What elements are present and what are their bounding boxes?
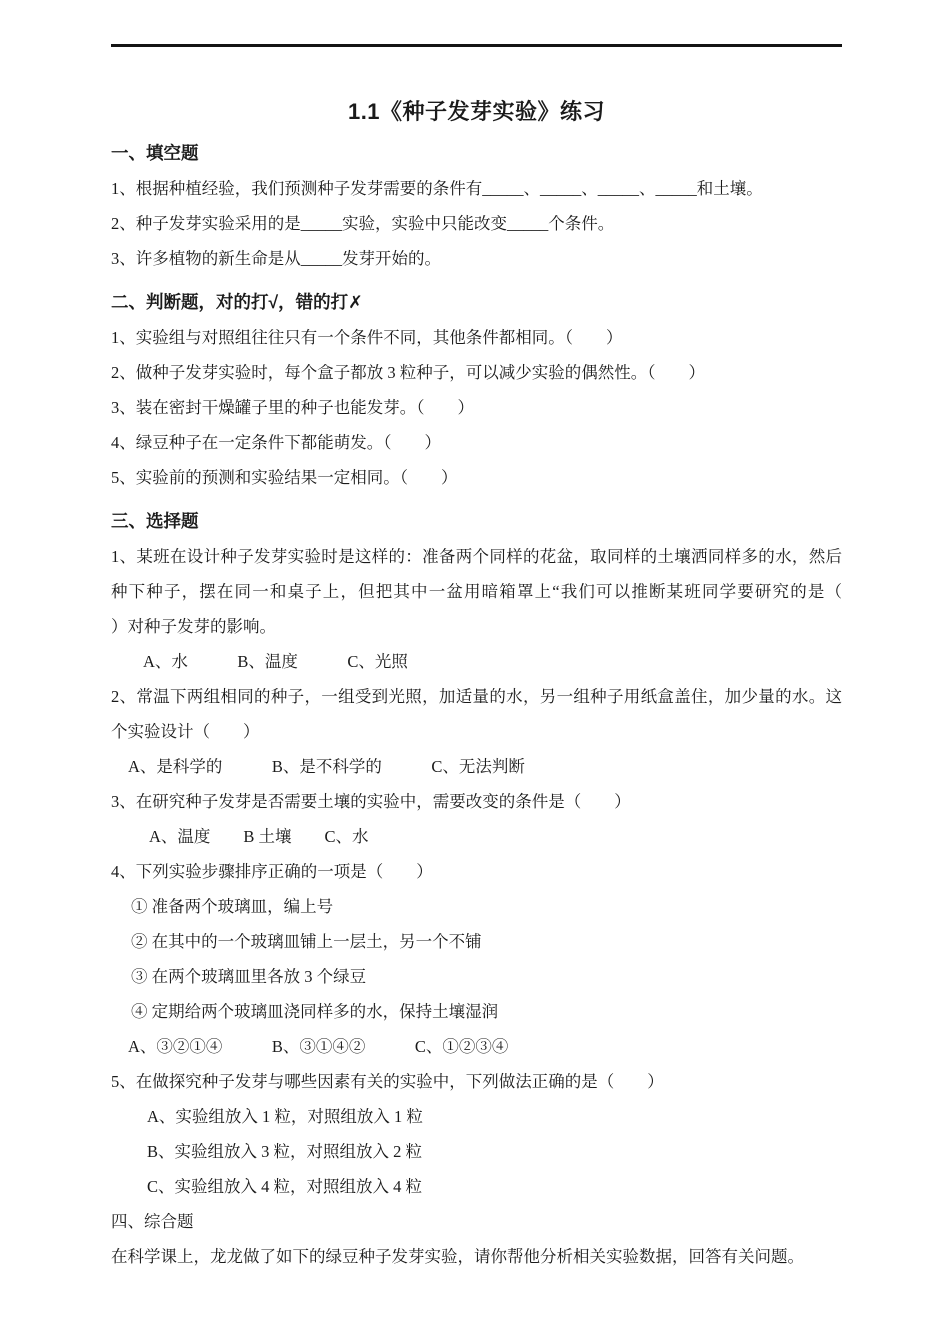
- choice-q4-step1: ① 准备两个玻璃皿，编上号: [131, 889, 842, 924]
- choice-q1-options: A、水 B、温度 C、光照: [143, 644, 842, 679]
- comprehensive-intro: 在科学课上，龙龙做了如下的绿豆种子发芽实验，请你帮他分析相关实验数据，回答有关问…: [111, 1239, 842, 1274]
- fillblank-q3: 3、许多植物的新生命是从_____发芽开始的。: [111, 241, 842, 276]
- section2-heading: 二、判断题，对的打√，错的打✗: [111, 285, 842, 320]
- choice-q2-line2: 个实验设计（ ）: [111, 714, 842, 749]
- choice-q1-line1: 1、某班在设计种子发芽实验时是这样的：准备两个同样的花盆，取同样的土壤洒同样多的…: [111, 539, 842, 574]
- choice-q2-options: A、是科学的 B、是不科学的 C、无法判断: [128, 749, 842, 784]
- choice-q4-step2: ② 在其中的一个玻璃皿铺上一层土，另一个不铺: [131, 924, 842, 959]
- choice-q3-options: A、温度 B 土壤 C、水: [149, 819, 842, 854]
- worksheet-content: 1.1《种子发芽实验》练习 一、填空题 1、根据种植经验，我们预测种子发芽需要的…: [111, 0, 842, 1274]
- truefalse-q3: 3、装在密封干燥罐子里的种子也能发芽。（ ）: [111, 390, 842, 425]
- choice-q5-optionC: C、实验组放入 4 粒，对照组放入 4 粒: [147, 1169, 842, 1204]
- choice-q1-line2: 种下种子，摆在同一和桌子上，但把其中一盆用暗箱罩上“我们可以推断某班同学要研究的…: [111, 574, 842, 609]
- choice-q1-line3: ）对种子发芽的影响。: [111, 609, 842, 644]
- truefalse-q5: 5、实验前的预测和实验结果一定相同。（ ）: [111, 460, 842, 495]
- section4-heading: 四、综合题: [111, 1204, 842, 1239]
- fillblank-q2: 2、种子发芽实验采用的是_____实验，实验中只能改变_____个条件。: [111, 206, 842, 241]
- truefalse-q2: 2、做种子发芽实验时，每个盒子都放 3 粒种子，可以减少实验的偶然性。（ ）: [111, 355, 842, 390]
- choice-q4: 4、下列实验步骤排序正确的一项是（ ）: [111, 854, 842, 889]
- section1-heading: 一、填空题: [111, 136, 842, 171]
- truefalse-q4: 4、绿豆种子在一定条件下都能萌发。（ ）: [111, 425, 842, 460]
- choice-q3: 3、在研究种子发芽是否需要土壤的实验中，需要改变的条件是（ ）: [111, 784, 842, 819]
- fillblank-q1: 1、根据种植经验，我们预测种子发芽需要的条件有_____、_____、_____…: [111, 171, 842, 206]
- choice-q2-line1: 2、常温下两组相同的种子，一组受到光照，加适量的水，另一组种子用纸盒盖住，加少量…: [111, 679, 842, 714]
- section3-heading: 三、选择题: [111, 504, 842, 539]
- choice-q4-step4: ④ 定期给两个玻璃皿浇同样多的水，保持土壤湿润: [131, 994, 842, 1029]
- worksheet-page: 1.1《种子发芽实验》练习 一、填空题 1、根据种植经验，我们预测种子发芽需要的…: [0, 0, 950, 1344]
- choice-q5-optionA: A、实验组放入 1 粒，对照组放入 1 粒: [147, 1099, 842, 1134]
- choice-q4-options: A、③②①④ B、③①④② C、①②③④: [128, 1029, 842, 1064]
- choice-q5: 5、在做探究种子发芽与哪些因素有关的实验中，下列做法正确的是（ ）: [111, 1064, 842, 1099]
- truefalse-q1: 1、实验组与对照组往往只有一个条件不同，其他条件都相同。（ ）: [111, 320, 842, 355]
- choice-q5-optionB: B、实验组放入 3 粒，对照组放入 2 粒: [147, 1134, 842, 1169]
- choice-q4-step3: ③ 在两个玻璃皿里各放 3 个绿豆: [131, 959, 842, 994]
- worksheet-title: 1.1《种子发芽实验》练习: [111, 97, 842, 127]
